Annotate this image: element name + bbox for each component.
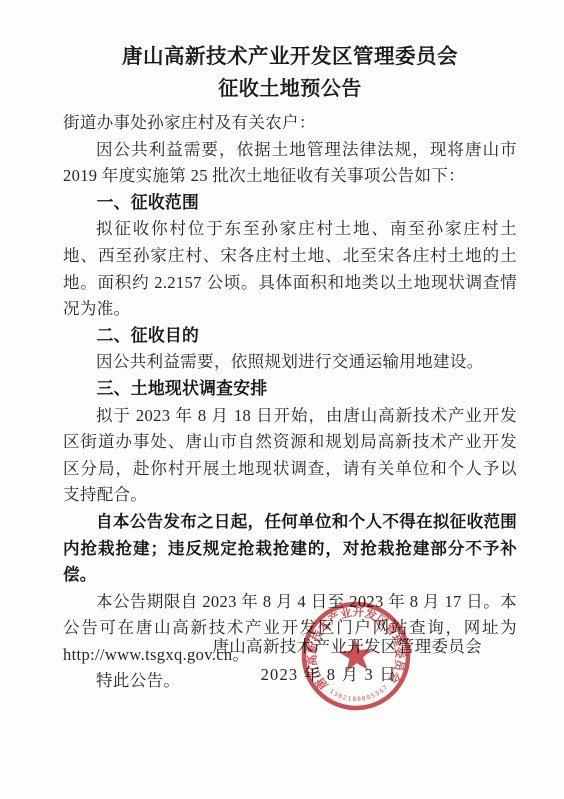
issuer-title: 唐山高新技术产业开发区管理委员会 — [63, 40, 517, 74]
section-2-heading: 二、征收目的 — [63, 323, 517, 350]
section-1-body: 拟征收你村位于东至孙家庄村土地、南至孙家庄村土地、西至孙家庄村、宋各庄村土地、北… — [63, 216, 517, 322]
section-3-heading: 三、土地现状调查安排 — [63, 376, 517, 403]
signature-date: 2023 年 8 月 3 日 — [261, 662, 397, 689]
notice-title: 征收土地预公告 — [63, 74, 517, 104]
signature-org: 唐山高新技术产业开发区管理委员会 — [212, 634, 482, 661]
salutation: 街道办事处孙家庄村及有关农户： — [63, 110, 517, 137]
section-3-body: 拟于 2023 年 8 月 18 日开始，由唐山高新技术产业开发区街道办事处、唐… — [63, 403, 517, 509]
section-2-body: 因公共利益需要，依照规划进行交通运输用地建设。 — [63, 349, 517, 376]
notice-document: 唐山高新技术产业开发区管理委员会 征收土地预公告 街道办事处孙家庄村及有关农户：… — [0, 0, 564, 799]
document-body: 唐山高新技术产业开发区管理委员会 征收土地预公告 街道办事处孙家庄村及有关农户：… — [63, 40, 517, 695]
warning-paragraph: 自本公告发布之日起，任何单位和个人不得在拟征收范围内抢栽抢建；违反规定抢栽抢建的… — [63, 509, 517, 589]
section-1-heading: 一、征收范围 — [63, 190, 517, 217]
intro-paragraph: 因公共利益需要，依据土地管理法律法规，现将唐山市 2019 年度实施第 25 批… — [63, 137, 517, 190]
